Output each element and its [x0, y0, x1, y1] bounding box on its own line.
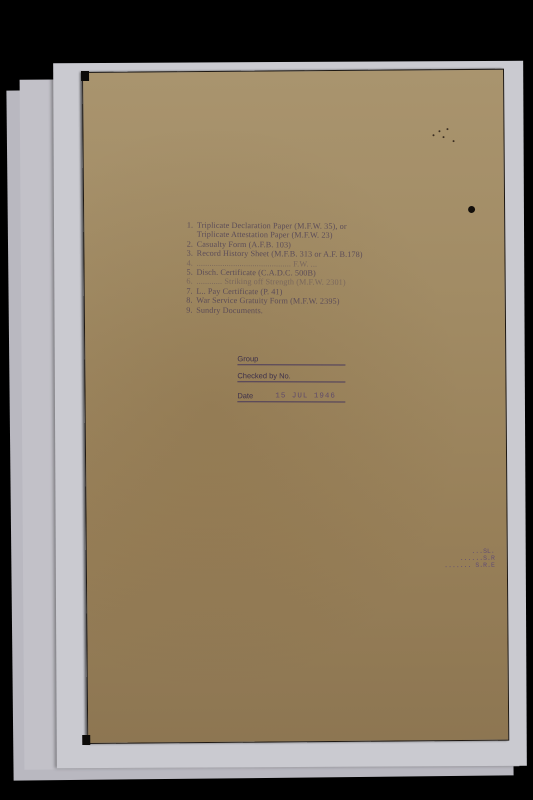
checklist-item: 9.Sundry Documents.: [186, 305, 386, 316]
date-field: Date 15 JUL 1946: [237, 383, 345, 402]
checklist-item-number: 6.: [186, 277, 196, 286]
checklist-item-text: Triplicate Attestation Paper (M.F.W. 23): [197, 230, 333, 240]
corner-mark: [82, 735, 90, 745]
checklist-item-text: Casualty Form (A.F.B. 103): [197, 240, 291, 250]
group-label: Group: [237, 354, 258, 363]
checklist-item-number: 8.: [186, 296, 196, 305]
checked-by-label: Checked by No.: [237, 371, 290, 380]
date-value: 15 JUL 1946: [275, 392, 336, 400]
group-field: Group: [237, 349, 345, 365]
checklist-item-number: 7.: [186, 286, 196, 295]
document-checklist: 1.Triplicate Declaration Paper (M.F.W. 3…: [186, 221, 387, 317]
checklist-item-text: Disch. Certificate (C.A.D.C. 500B): [196, 268, 315, 278]
date-label: Date: [237, 391, 253, 400]
checklist-item-number: 9.: [186, 305, 196, 314]
stamp-line: ....... S.R.E: [425, 562, 495, 570]
checklist-item-number: 1.: [187, 221, 197, 230]
checked-stamp: Group Checked by No. Date 15 JUL 1946: [237, 349, 345, 403]
paper-specks: [428, 120, 458, 145]
checklist-item-number: 5.: [186, 268, 196, 277]
bottom-registry-stamp: ...SL.......S.R....... S.R.E: [425, 548, 495, 570]
corner-mark: [81, 71, 89, 81]
checklist-item-number: 4.: [187, 258, 197, 267]
checklist-item-number: 2.: [187, 239, 197, 248]
checklist-item-text: Sundry Documents.: [196, 305, 263, 315]
punch-hole: [468, 206, 475, 213]
aged-document-cover-sheet: 1.Triplicate Declaration Paper (M.F.W. 3…: [82, 69, 509, 744]
checklist-item-number: 3.: [187, 249, 197, 258]
checklist-item-text: ........................................…: [197, 258, 318, 268]
checked-by-field: Checked by No.: [237, 366, 345, 382]
checklist-item-text: L.. Pay Certificate (P. 41): [196, 287, 282, 297]
